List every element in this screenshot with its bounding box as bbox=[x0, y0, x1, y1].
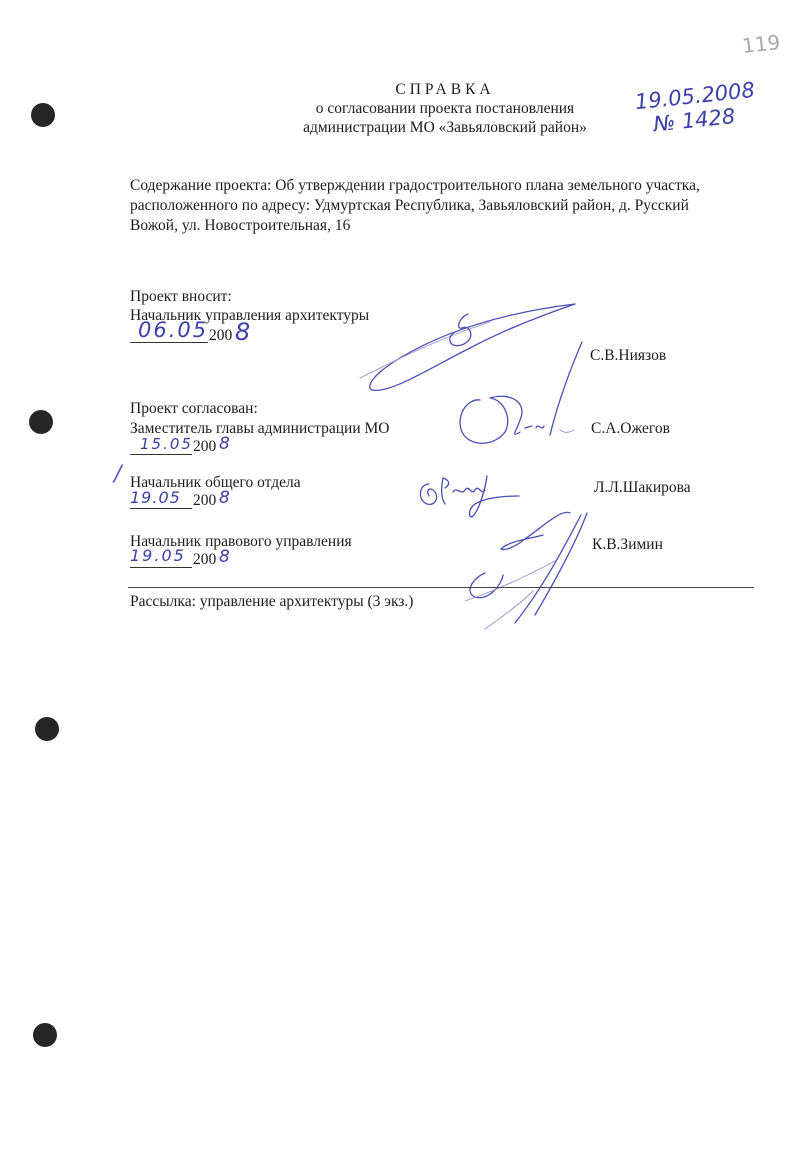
approval-year-printed: 200 bbox=[193, 550, 216, 570]
date-underline bbox=[130, 508, 192, 509]
registration-block: 19.05.2008 № 1428 bbox=[634, 78, 759, 138]
approval-year-handwritten: 8 bbox=[219, 488, 230, 508]
document-subtitle-line1: о согласовании проекта постановления bbox=[250, 99, 640, 118]
binder-hole bbox=[29, 410, 53, 434]
binder-hole bbox=[31, 103, 55, 127]
signature-zimin bbox=[445, 505, 595, 635]
approval-year-handwritten: 8 bbox=[219, 434, 230, 454]
approval-year-handwritten: 8 bbox=[219, 547, 230, 567]
submitter-year-handwritten: 8 bbox=[235, 318, 250, 346]
approval-name: К.В.Зимин bbox=[592, 535, 663, 555]
approval-name: С.А.Ожегов bbox=[591, 419, 670, 439]
distribution-list: Рассылка: управление архитектуры (3 экз.… bbox=[130, 592, 413, 612]
project-content: Содержание проекта: Об утверждении градо… bbox=[130, 176, 700, 236]
approval-year-printed: 200 bbox=[193, 491, 216, 511]
binder-hole bbox=[33, 1023, 57, 1047]
content-line-1: Содержание проекта: Об утверждении градо… bbox=[130, 176, 700, 196]
content-line-3: Вожой, ул. Новостроительная, 16 bbox=[130, 216, 700, 236]
separator-line bbox=[128, 587, 754, 588]
approval-year-printed: 200 bbox=[193, 437, 216, 457]
document-subtitle-line2: администрации МО «Завьяловский район» bbox=[250, 118, 640, 137]
submitter-year-printed: 200 bbox=[209, 326, 232, 346]
submitter-date-handwritten: 06.05 bbox=[138, 318, 208, 342]
document-header: СПРАВКА о согласовании проекта постановл… bbox=[250, 80, 640, 137]
approval-date-handwritten: 19.05 bbox=[130, 488, 181, 507]
approvals-heading: Проект согласован: bbox=[130, 399, 258, 419]
margin-mark: / bbox=[114, 462, 121, 487]
binder-hole bbox=[35, 717, 59, 741]
date-underline bbox=[130, 454, 192, 455]
approval-date-handwritten: 19.05 bbox=[130, 546, 186, 565]
page-number-pencil: 119 bbox=[741, 30, 781, 58]
submitter-heading: Проект вносит: bbox=[130, 287, 232, 307]
date-underline bbox=[130, 567, 192, 568]
content-line-2: расположенного по адресу: Удмуртская Рес… bbox=[130, 196, 700, 216]
submitter-name: С.В.Ниязов bbox=[590, 346, 666, 366]
date-underline bbox=[130, 342, 208, 343]
document-title: СПРАВКА bbox=[250, 80, 640, 99]
approval-name: Л.Л.Шакирова bbox=[594, 478, 691, 498]
approval-date-handwritten: 15.05 bbox=[140, 435, 193, 453]
signature-ozhegov bbox=[450, 340, 590, 470]
